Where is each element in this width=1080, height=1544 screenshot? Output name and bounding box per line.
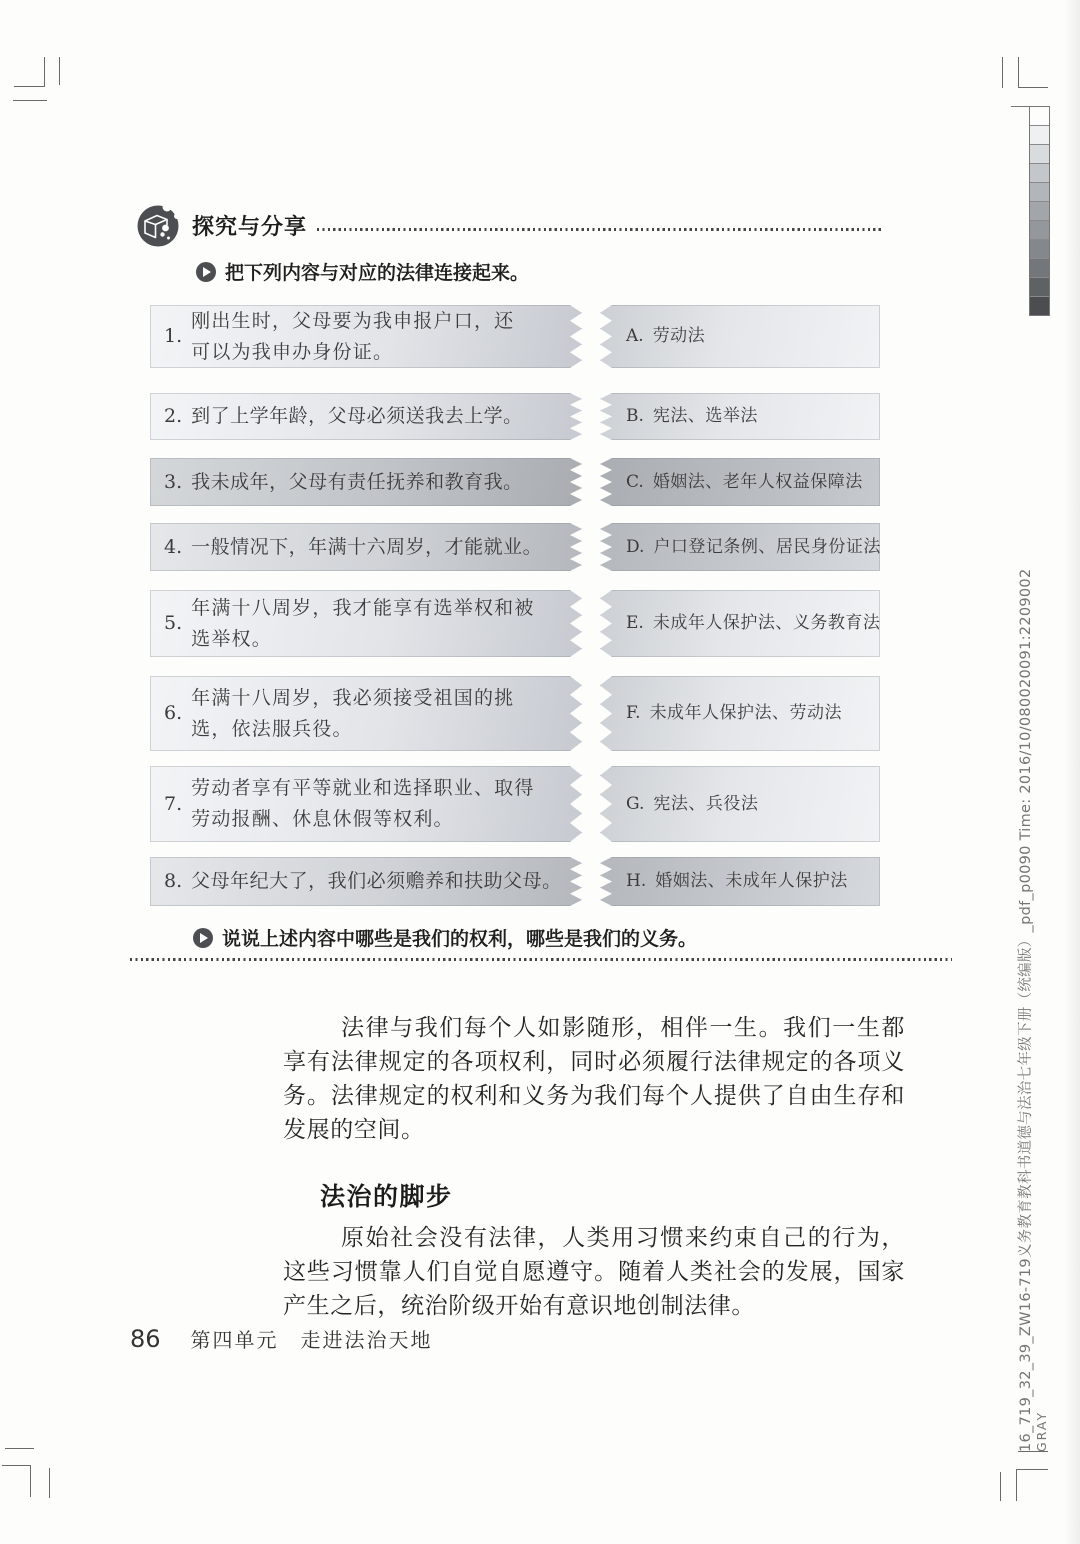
item-letter: H. [626, 866, 646, 897]
match-item-right-C: C. 婚姻法、老年人权益保障法 [600, 458, 880, 506]
activity-instruction-1: 把下列内容与对应的法律连接起来。 [196, 258, 529, 285]
item-number: 8. [164, 866, 182, 897]
match-row: 3. 我未成年，父母有责任抚养和教育我。 C. 婚姻法、老年人权益保障法 [150, 458, 880, 506]
item-letter: B. [626, 401, 644, 432]
crop-mark-top-right [1018, 87, 1048, 88]
item-text: 未成年人保护法、义务教育法 [653, 608, 881, 639]
item-text: 宪法、选举法 [653, 401, 758, 432]
item-letter: A. [626, 321, 644, 352]
match-row: 6. 年满十八周岁，我必须接受祖国的挑 选，依法服兵役。 F. 未成年人保护法、… [150, 676, 880, 751]
explore-share-header: 探究与分享 [136, 202, 884, 248]
item-text: 一般情况下，年满十六周岁，才能就业。 [191, 532, 542, 563]
match-item-left-5: 5. 年满十八周岁，我才能享有选举权和被 选举权。 [150, 590, 582, 657]
page-footer: 86 第四单元 走进法治天地 [130, 1324, 433, 1353]
crop-mark-top-left [13, 100, 47, 101]
item-text: 年满十八周岁，我必须接受祖国的挑 选，依法服兵役。 [191, 683, 514, 745]
match-item-right-A: A. 劳动法 [600, 305, 880, 368]
arrow-bullet-icon [193, 928, 213, 948]
match-row: 2. 到了上学年龄，父母必须送我去上学。 B. 宪法、选举法 [150, 393, 880, 440]
match-item-left-2: 2. 到了上学年龄，父母必须送我去上学。 [150, 393, 582, 440]
item-text: 婚姻法、未成年人保护法 [655, 866, 848, 897]
match-item-left-3: 3. 我未成年，父母有责任抚养和教育我。 [150, 458, 582, 506]
grayscale-step [1030, 278, 1049, 297]
item-text: 婚姻法、老年人权益保障法 [653, 467, 863, 498]
activity-instruction-1-text: 把下列内容与对应的法律连接起来。 [225, 258, 529, 285]
match-item-left-7: 7. 劳动者享有平等就业和选择职业、取得 劳动报酬、休息休假等权利。 [150, 766, 582, 842]
item-letter: D. [626, 532, 644, 563]
item-text: 户口登记条例、居民身份证法 [653, 532, 881, 563]
crop-mark-top-right [1002, 57, 1003, 88]
grayscale-bar-tick [1011, 106, 1029, 107]
item-number: 4. [164, 532, 182, 563]
item-text: 刚出生时，父母要为我申报户口，还 可以为我申办身份证。 [191, 306, 514, 368]
match-item-right-D: D. 户口登记条例、居民身份证法 [600, 523, 880, 571]
footer-unit: 第四单元 [191, 1324, 279, 1353]
match-item-left-1: 1. 刚出生时，父母要为我申报户口，还 可以为我申办身份证。 [150, 305, 582, 368]
print-sidebar: 16_719_32_39_ZW16-719义务教育教科书道德与法治七年级下册（统… [1014, 622, 1062, 1452]
item-text: 我未成年，父母有责任抚养和教育我。 [191, 467, 523, 498]
match-row: 1. 刚出生时，父母要为我申报户口，还 可以为我申办身份证。 A. 劳动法 [150, 305, 880, 368]
dotted-rule [317, 228, 884, 231]
item-text: 年满十八周岁，我才能享有选举权和被 选举权。 [191, 593, 534, 655]
grayscale-step [1030, 126, 1049, 145]
crop-mark-top-left [44, 57, 45, 87]
crop-mark-bottom-left [2, 1465, 31, 1466]
activity-instruction-2: 说说上述内容中哪些是我们的权利，哪些是我们的义务。 [193, 924, 697, 951]
crop-mark-bottom-left [30, 1465, 31, 1497]
grayscale-bar [1029, 106, 1050, 316]
crop-mark-top-right [1018, 57, 1019, 88]
grayscale-step [1030, 145, 1049, 164]
item-letter: F. [626, 698, 641, 729]
grayscale-step [1030, 259, 1049, 278]
match-row: 5. 年满十八周岁，我才能享有选举权和被 选举权。 E. 未成年人保护法、义务教… [150, 590, 880, 657]
match-item-right-H: H. 婚姻法、未成年人保护法 [600, 857, 880, 906]
item-letter: E. [626, 608, 644, 639]
item-text: 宪法、兵役法 [653, 789, 758, 820]
grayscale-step [1030, 202, 1049, 221]
item-number: 2. [164, 401, 182, 432]
matching-exercise: 1. 刚出生时，父母要为我申报户口，还 可以为我申办身份证。 A. 劳动法 2.… [150, 305, 880, 906]
crop-mark-bottom-right [1016, 1469, 1048, 1470]
grayscale-step [1030, 164, 1049, 183]
item-text: 劳动法 [653, 321, 706, 352]
match-item-right-F: F. 未成年人保护法、劳动法 [600, 676, 880, 751]
item-text: 劳动者享有平等就业和选择职业、取得 劳动报酬、休息休假等权利。 [191, 773, 534, 835]
dotted-rule-bottom [130, 958, 952, 961]
crop-mark-top-left [59, 57, 60, 85]
crop-mark-top-left [14, 86, 44, 87]
item-number: 7. [164, 789, 182, 820]
item-number: 5. [164, 608, 182, 639]
arrow-bullet-icon [196, 262, 216, 282]
activity-instruction-2-text: 说说上述内容中哪些是我们的权利，哪些是我们的义务。 [222, 924, 697, 951]
grayscale-step [1030, 183, 1049, 202]
explore-share-icon [136, 202, 182, 248]
item-number: 1. [164, 321, 182, 352]
crop-mark-bottom-right [1016, 1469, 1017, 1501]
item-number: 6. [164, 698, 182, 729]
page-edge-shade [1064, 0, 1080, 1544]
item-number: 3. [164, 467, 182, 498]
match-item-right-E: E. 未成年人保护法、义务教育法 [600, 590, 880, 657]
print-sidebar-text: 16_719_32_39_ZW16-719义务教育教科书道德与法治七年级下册（统… [1014, 622, 1035, 1452]
page-number: 86 [130, 1325, 161, 1353]
grayscale-step [1030, 240, 1049, 259]
grayscale-step [1030, 221, 1049, 240]
body-paragraph-1: 法律与我们每个人如影随形，相伴一生。我们一生都享有法律规定的各项权利，同时必须履… [283, 1011, 905, 1147]
item-text: 未成年人保护法、劳动法 [650, 698, 843, 729]
item-text: 到了上学年龄，父母必须送我去上学。 [191, 401, 523, 432]
crop-mark-bottom-right [1000, 1472, 1001, 1501]
item-text: 父母年纪大了，我们必须赡养和扶助父母。 [191, 866, 562, 897]
section-activity-title: 探究与分享 [192, 210, 307, 241]
textbook-page: 16_719_32_39_ZW16-719义务教育教科书道德与法治七年级下册（统… [0, 0, 1080, 1544]
footer-unit-title: 走进法治天地 [301, 1324, 433, 1353]
match-item-right-G: G. 宪法、兵役法 [600, 766, 880, 842]
grayscale-step [1030, 107, 1049, 126]
crop-mark-bottom-left [49, 1468, 50, 1498]
match-row: 7. 劳动者享有平等就业和选择职业、取得 劳动报酬、休息休假等权利。 G. 宪法… [150, 766, 880, 842]
item-letter: C. [626, 467, 644, 498]
grayscale-step [1030, 297, 1049, 315]
match-row: 4. 一般情况下，年满十六周岁，才能就业。 D. 户口登记条例、居民身份证法 [150, 523, 880, 571]
print-sidebar-label: GRAY [1034, 622, 1049, 1452]
item-letter: G. [626, 789, 644, 820]
match-item-left-4: 4. 一般情况下，年满十六周岁，才能就业。 [150, 523, 582, 571]
match-item-left-8: 8. 父母年纪大了，我们必须赡养和扶助父母。 [150, 857, 582, 906]
section-heading: 法治的脚步 [320, 1177, 453, 1213]
crop-mark-bottom-left [5, 1448, 34, 1449]
body-paragraph-2: 原始社会没有法律，人类用习惯来约束自己的行为，这些习惯靠人们自觉自愿遵守。随着人… [283, 1221, 905, 1323]
match-row: 8. 父母年纪大了，我们必须赡养和扶助父母。 H. 婚姻法、未成年人保护法 [150, 857, 880, 906]
match-item-right-B: B. 宪法、选举法 [600, 393, 880, 440]
match-item-left-6: 6. 年满十八周岁，我必须接受祖国的挑 选，依法服兵役。 [150, 676, 582, 751]
